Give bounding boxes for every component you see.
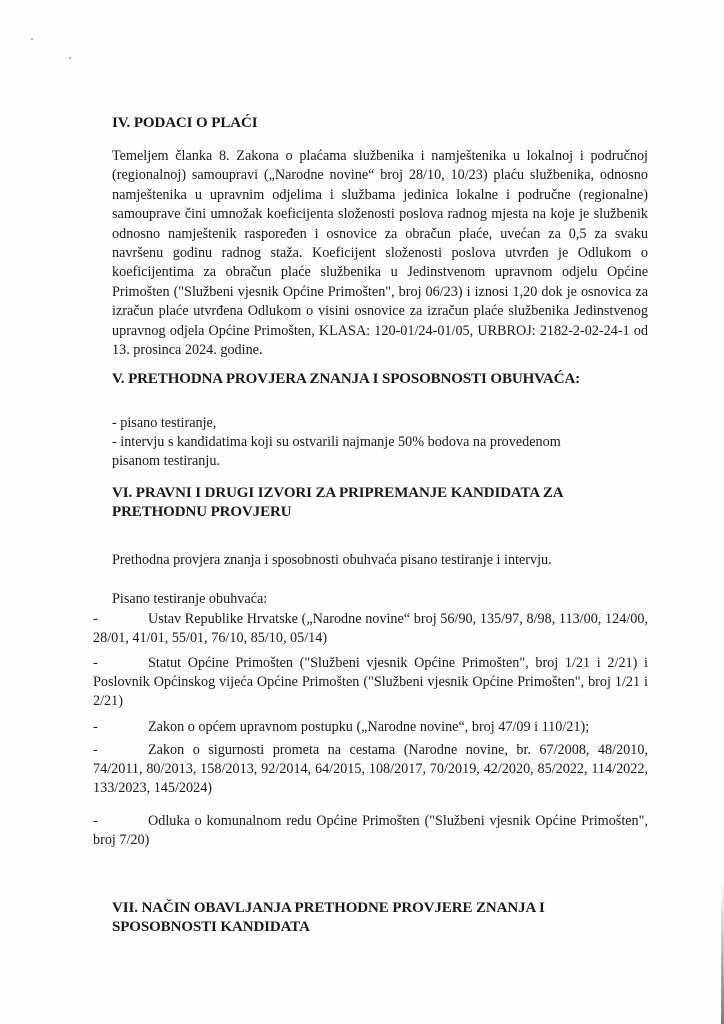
scan-speck — [69, 57, 71, 59]
scan-speck — [31, 38, 33, 40]
source-item-road-safety: - Zakon o sigurnosti prometa na cestama … — [93, 741, 648, 798]
source-text: Zakon o sigurnosti prometa na cestama (N… — [93, 741, 648, 798]
dash-bullet: - — [93, 718, 98, 737]
list-item-interview: - intervju s kandidatima koji su ostvari… — [112, 433, 612, 472]
source-item-administrative-procedure: - Zakon o općem upravnom postupku („Naro… — [93, 718, 648, 737]
heading-section-iv: IV. PODACI O PLAĆI — [112, 114, 648, 133]
document-page: IV. PODACI O PLAĆI Temeljem članka 8. Za… — [0, 0, 724, 1024]
dash-bullet: - — [93, 654, 98, 673]
dash-bullet: - — [93, 741, 98, 760]
source-text: Odluka o komunalnom redu Općine Primošte… — [93, 812, 648, 850]
heading-section-vi: VI. PRAVNI I DRUGI IZVORI ZA PRIPREMANJE… — [112, 484, 648, 522]
source-item-communal-order: - Odluka o komunalnom redu Općine Primoš… — [93, 812, 648, 850]
source-item-constitution: - Ustav Republike Hrvatske („Narodne nov… — [93, 610, 648, 648]
paragraph-vi-intro: Prethodna provjera znanja i sposobnosti … — [112, 551, 648, 570]
list-label-written-test: Pisano testiranje obuhvaća: — [112, 590, 648, 609]
source-item-statute: - Statut Općine Primošten ("Službeni vje… — [93, 654, 648, 711]
dash-bullet: - — [93, 812, 98, 831]
source-text: Ustav Republike Hrvatske („Narodne novin… — [93, 610, 648, 648]
dash-bullet: - — [93, 610, 98, 629]
paragraph-salary-info: Temeljem članka 8. Zakona o plaćama služ… — [112, 147, 648, 360]
heading-section-vii: VII. NAČIN OBAVLJANJA PRETHODNE PROVJERE… — [112, 899, 648, 937]
source-text: Statut Općine Primošten ("Službeni vjesn… — [93, 654, 648, 711]
heading-section-v: V. PRETHODNA PROVJERA ZNANJA I SPOSOBNOS… — [112, 370, 648, 389]
list-item-written-test: - pisano testiranje, — [112, 414, 648, 433]
source-text: Zakon o općem upravnom postupku („Narodn… — [93, 718, 648, 737]
